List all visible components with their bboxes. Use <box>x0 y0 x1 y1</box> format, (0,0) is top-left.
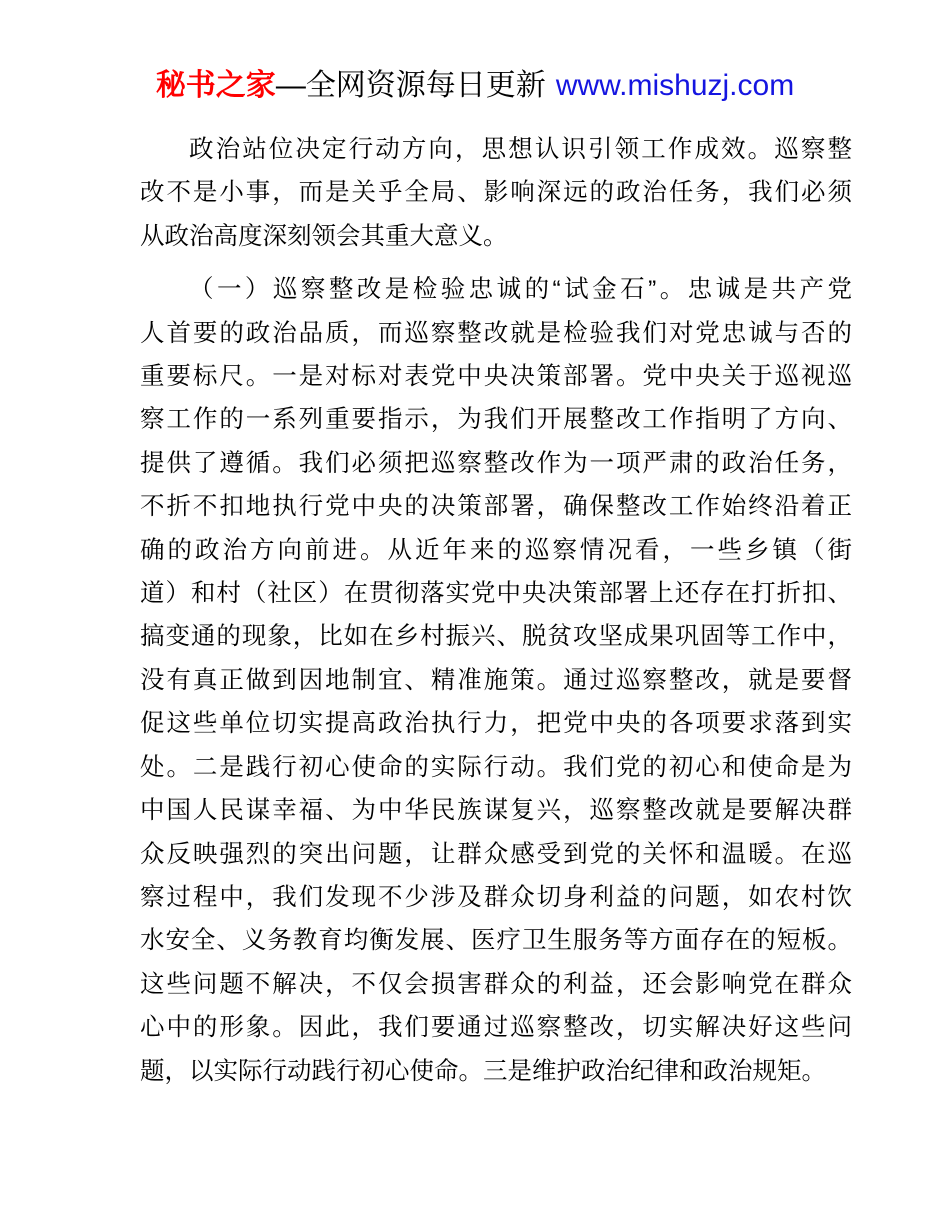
text-line: 中国人民谋幸福、为中华民族谋复兴，巡察整改就是要解决群 <box>140 789 852 832</box>
text-line: 没有真正做到因地制宜、精准施策。通过巡察整改，就是要督 <box>140 659 852 702</box>
text-line: 人首要的政治品质，而巡察整改就是检验我们对党忠诚与否的 <box>140 312 852 355</box>
text-line: 众反映强烈的突出问题，让群众感受到党的关怀和温暖。在巡 <box>140 833 852 876</box>
site-brand: 秘书之家 <box>156 69 276 102</box>
text-line: 题，以实际行动践行初心使命。三是维护政治纪律和政治规矩。 <box>140 1050 852 1093</box>
text-line: 察工作的一系列重要指示，为我们开展整改工作指明了方向、 <box>140 398 852 441</box>
text-line: 重要标尺。一是对标对表党中央决策部署。党中央关于巡视巡 <box>140 355 852 398</box>
text-line: 处。二是践行初心使命的实际行动。我们党的初心和使命是为 <box>140 746 852 789</box>
text-line: 心中的形象。因此，我们要通过巡察整改，切实解决好这些问 <box>140 1006 852 1049</box>
document-body: 政治站位决定行动方向，思想认识引领工作成效。巡察整改不是小事，而是关乎全局、影响… <box>140 128 852 1093</box>
text-line: 搞变通的现象，比如在乡村振兴、脱贫攻坚成果巩固等工作中， <box>140 615 852 658</box>
text-line: 这些问题不解决，不仅会损害群众的利益，还会影响党在群众 <box>140 963 852 1006</box>
text-line: 提供了遵循。我们必须把巡察整改作为一项严肃的政治任务， <box>140 442 852 485</box>
text-line: 水安全、义务教育均衡发展、医疗卫生服务等方面存在的短板。 <box>140 919 852 962</box>
header-dash: — <box>276 69 306 102</box>
text-line: 从政治高度深刻领会其重大意义。 <box>140 215 852 258</box>
text-line: 促这些单位切实提高政治执行力，把党中央的各项要求落到实 <box>140 702 852 745</box>
text-line: 道）和村（社区）在贯彻落实党中央决策部署上还存在打折扣、 <box>140 572 852 615</box>
text-line: （一）巡察整改是检验忠诚的“试金石”。忠诚是共产党 <box>140 268 852 311</box>
text-line: 政治站位决定行动方向，思想认识引领工作成效。巡察整 <box>140 128 852 171</box>
site-url: www.mishuzj.com <box>556 69 794 102</box>
document-page: 秘书之家—全网资源每日更新www.mishuzj.com 政治站位决定行动方向，… <box>0 0 950 1230</box>
text-line: 改不是小事，而是关乎全局、影响深远的政治任务，我们必须 <box>140 171 852 214</box>
text-line: 确的政治方向前进。从近年来的巡察情况看，一些乡镇（街 <box>140 529 852 572</box>
paragraph: （一）巡察整改是检验忠诚的“试金石”。忠诚是共产党人首要的政治品质，而巡察整改就… <box>140 268 852 1093</box>
paragraph: 政治站位决定行动方向，思想认识引领工作成效。巡察整改不是小事，而是关乎全局、影响… <box>140 128 852 258</box>
site-tagline: 全网资源每日更新 <box>306 69 546 102</box>
header-banner: 秘书之家—全网资源每日更新www.mishuzj.com <box>0 0 950 106</box>
text-line: 不折不扣地执行党中央的决策部署，确保整改工作始终沿着正 <box>140 485 852 528</box>
text-line: 察过程中，我们发现不少涉及群众切身利益的问题，如农村饮 <box>140 876 852 919</box>
